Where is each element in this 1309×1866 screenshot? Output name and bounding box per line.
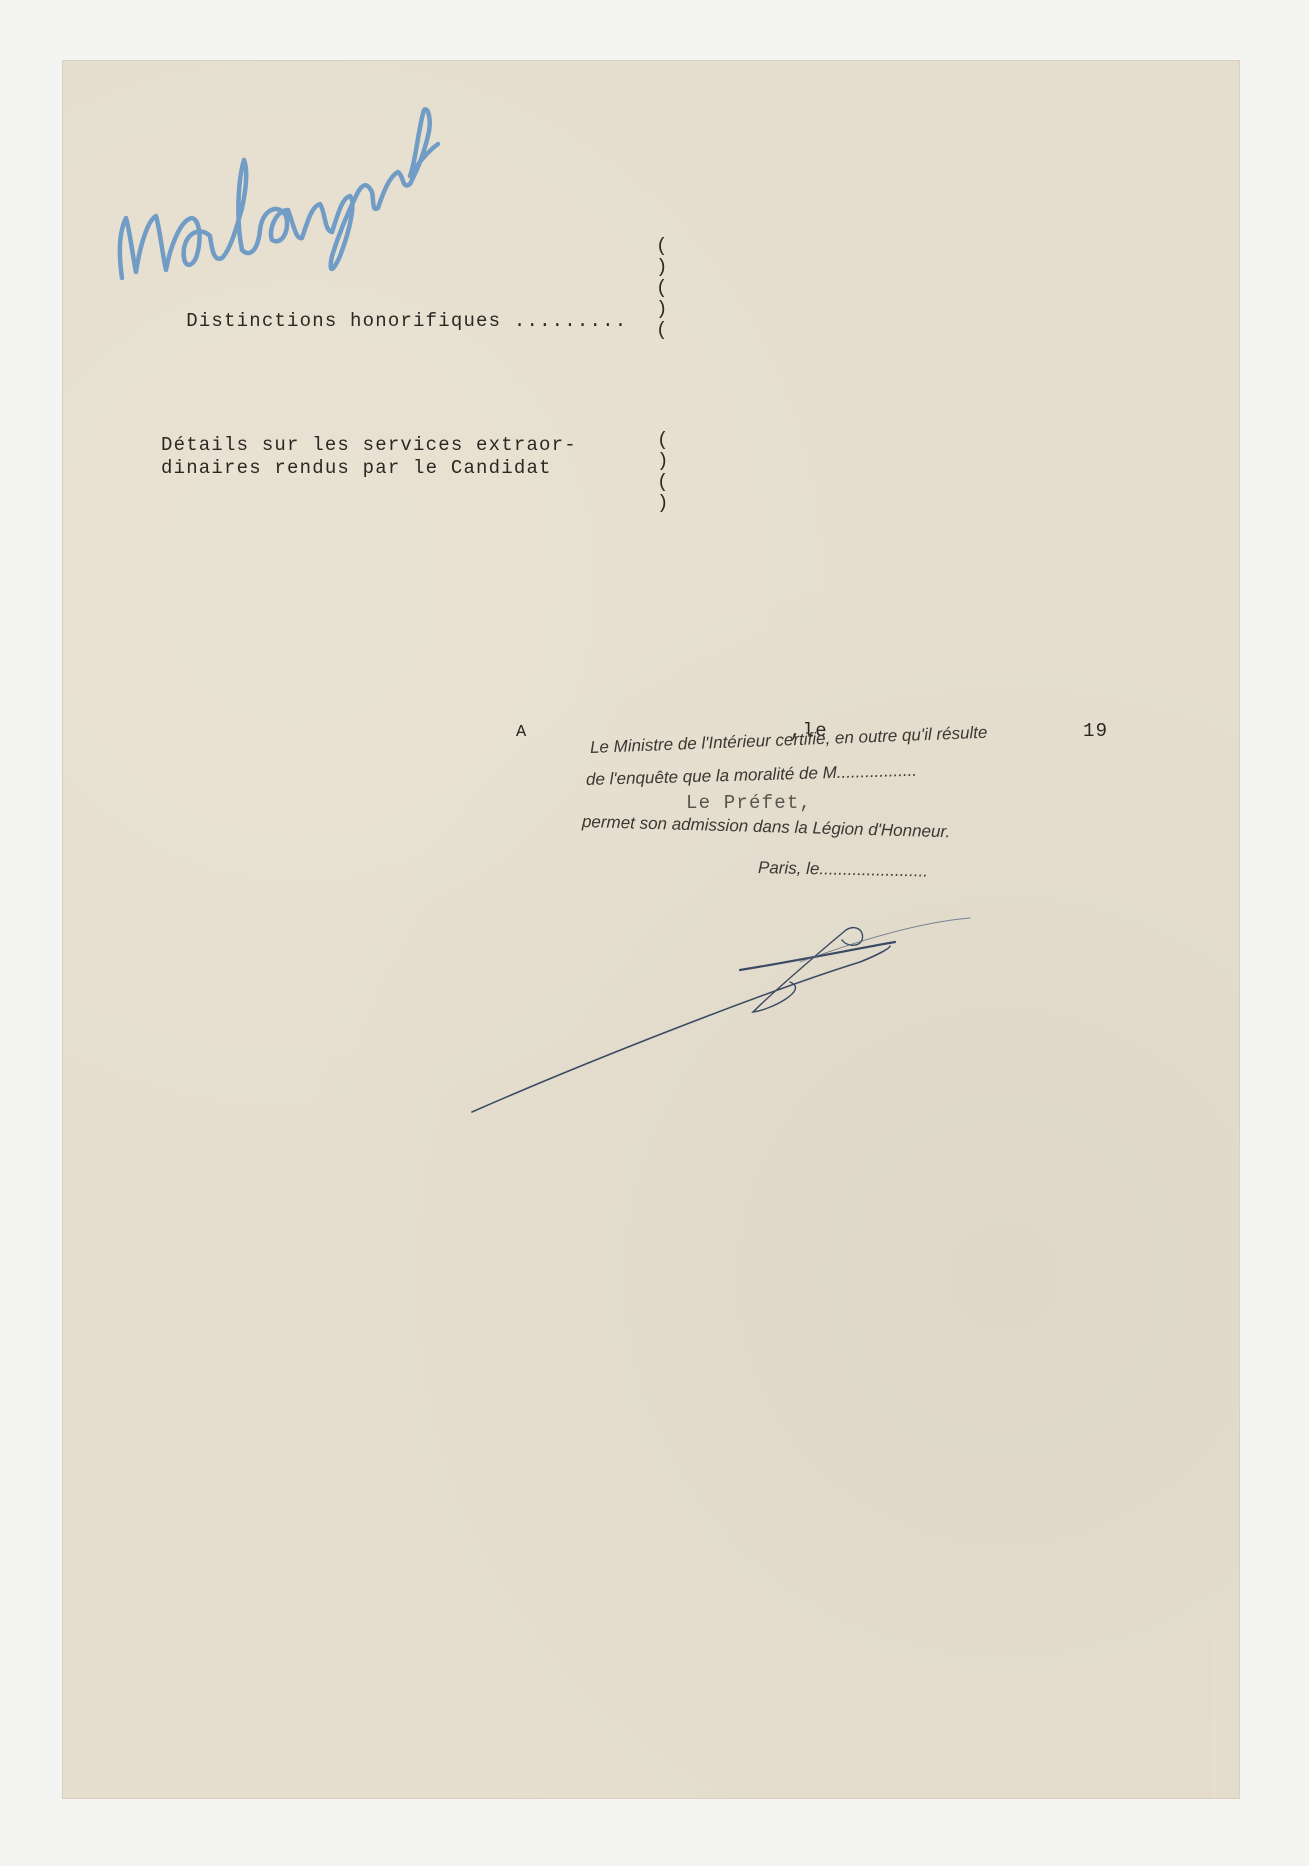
signature-icon (470, 900, 990, 1120)
handwritten-annotation: Monlongues (110, 80, 440, 300)
bracket: ( (656, 236, 667, 257)
bracket-column-services: ( ) ( ) (657, 430, 668, 514)
signatory-prefet: Le Préfet, (686, 792, 812, 814)
bracket: ( (656, 278, 667, 299)
bracket: ) (656, 299, 667, 320)
place-a: A (516, 722, 527, 744)
dot-leader: ......... (514, 310, 627, 332)
field-label-services-line1: Détails sur les services extraor- (161, 434, 577, 456)
bracket: ( (657, 430, 668, 451)
bracket: ) (656, 257, 667, 278)
bracket: ( (656, 320, 667, 341)
field-label-distinctions: Distinctions honorifiques ......... (161, 288, 627, 332)
distinctions-label: Distinctions honorifiques (186, 310, 501, 332)
field-label-services-line2: dinaires rendus par le Candidat (161, 457, 552, 479)
bracket: ) (657, 493, 668, 514)
bracket-column-distinctions: ( ) ( ) ( (656, 236, 667, 341)
bracket: ) (657, 451, 668, 472)
year-19: 19 (1083, 720, 1108, 742)
stamp-line-4: Paris, le....................... (758, 858, 928, 882)
bracket: ( (657, 472, 668, 493)
